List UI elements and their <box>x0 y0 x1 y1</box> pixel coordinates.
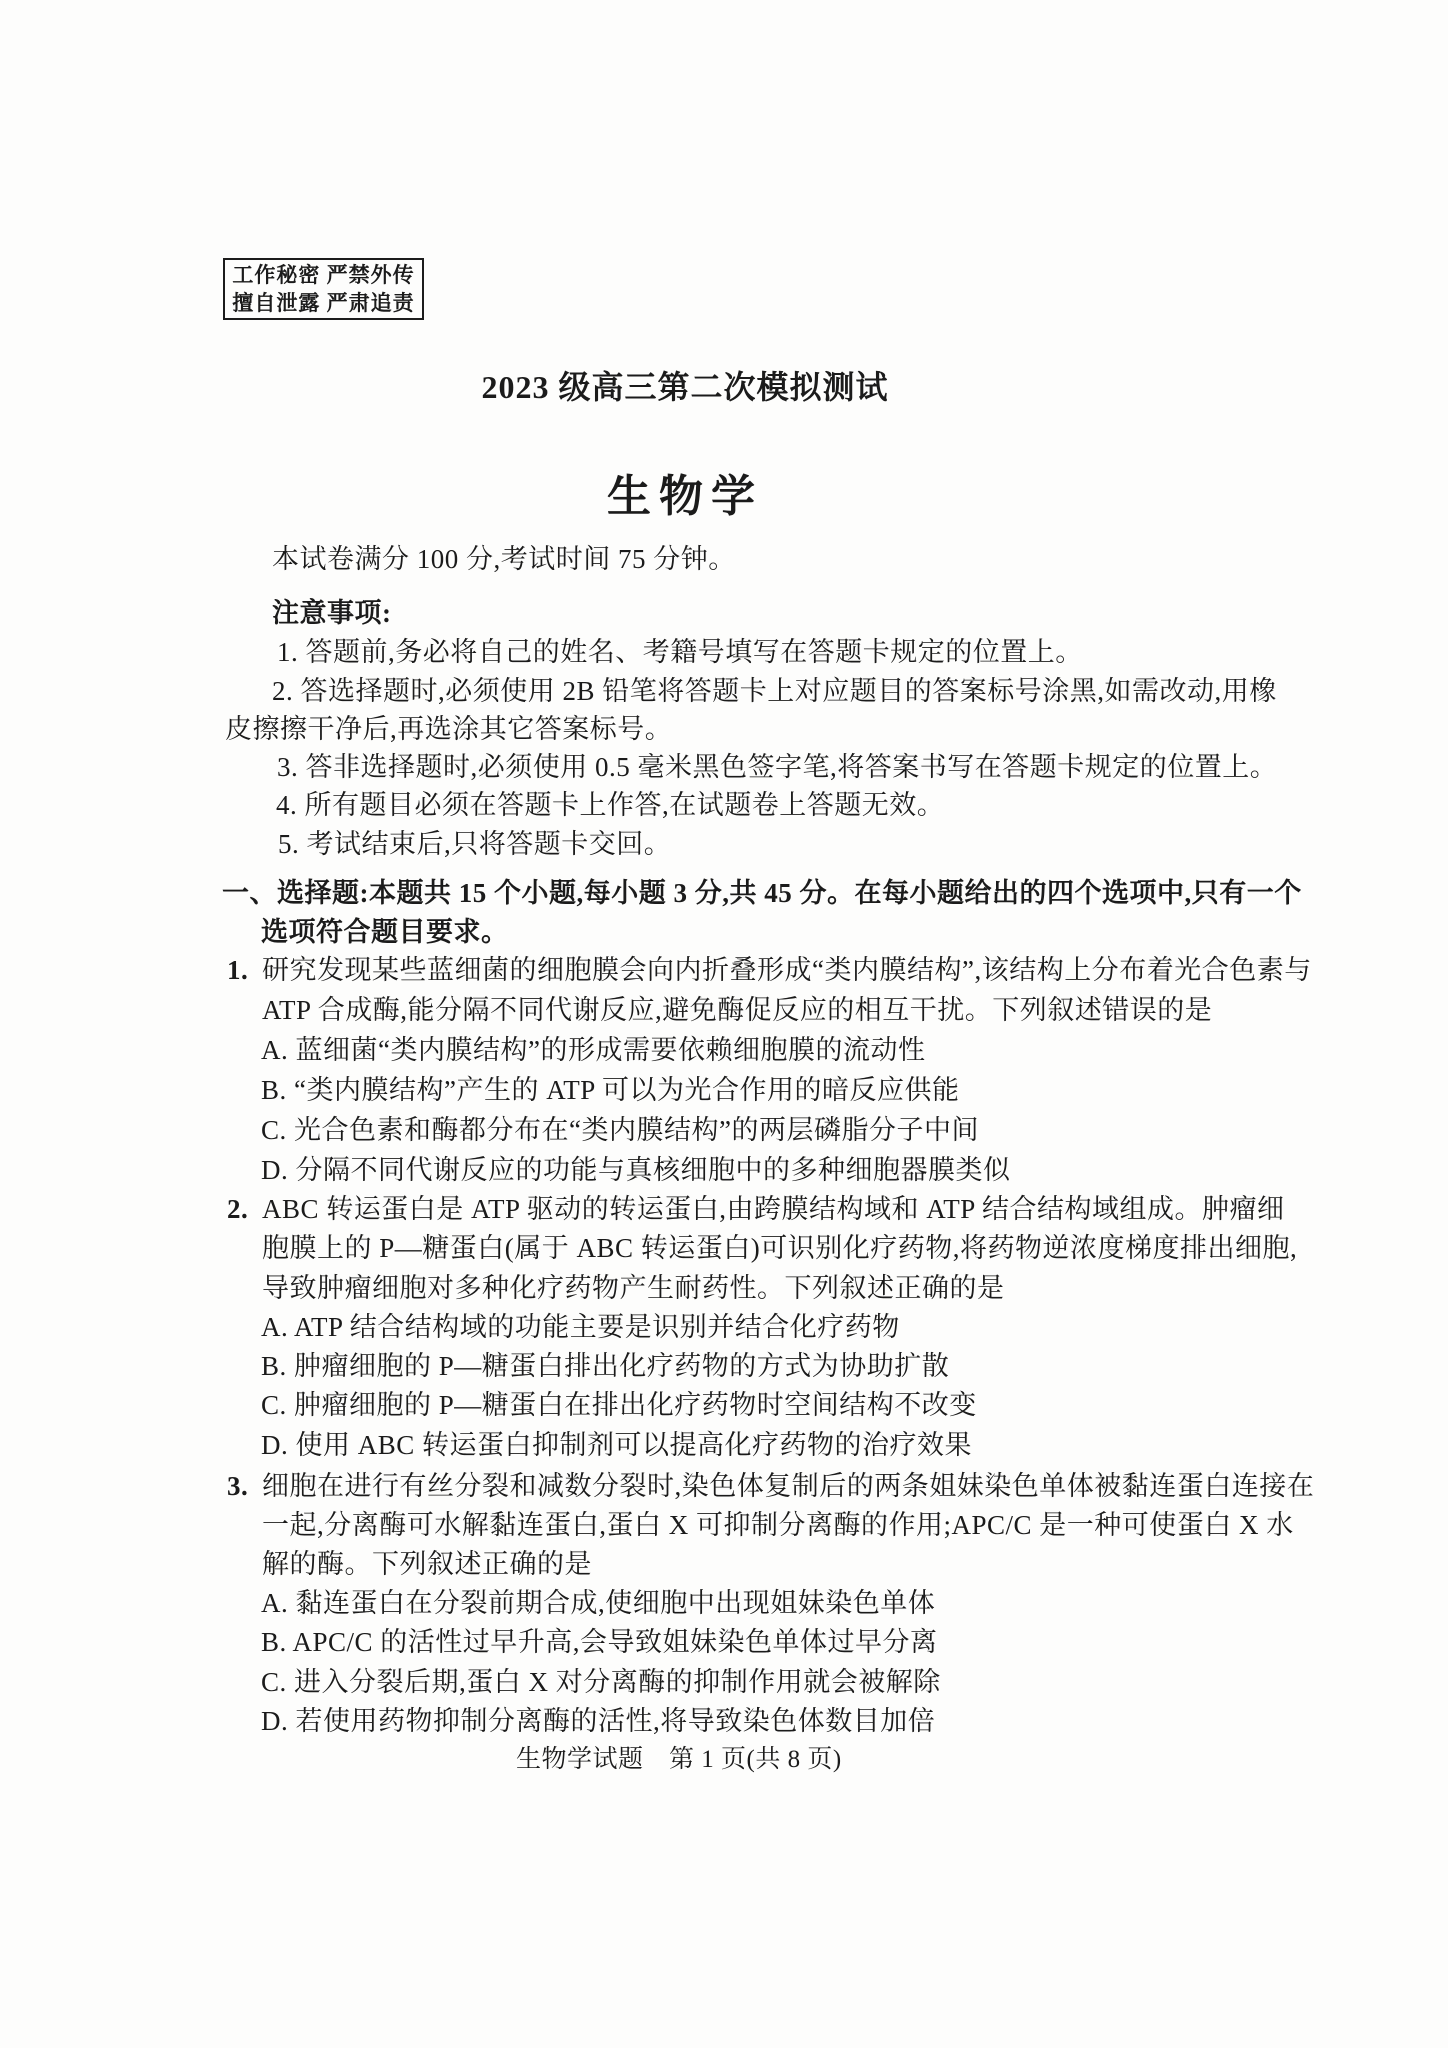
subject-title: 生物学 <box>0 460 1370 524</box>
question-2-option-b: B. 肿瘤细胞的 P—糖蛋白排出化疗药物的方式为协助扩散 <box>261 1353 949 1380</box>
question-3-stem-line-3: 解的酶。下列叙述正确的是 <box>262 1551 592 1578</box>
question-3-option-d: D. 若使用药物抑制分离酶的活性,将导致染色体数目加倍 <box>261 1708 935 1735</box>
stamp-line-1: 工作秘密 严禁外传 <box>232 263 414 288</box>
question-3-stem-line-1: 3.细胞在进行有丝分裂和减数分裂时,染色体复制后的两条姐妹染色单体被黏连蛋白连接… <box>227 1473 1314 1500</box>
notice-line-5: 5. 考试结束后,只将答题卡交回。 <box>278 831 671 858</box>
question-1-option-d: D. 分隔不同代谢反应的功能与真核细胞中的多种细胞器膜类似 <box>261 1157 1011 1184</box>
section-heading-line-1: 一、选择题:本题共 15 个小题,每小题 3 分,共 45 分。在每小题给出的四… <box>222 880 1302 907</box>
question-2-stem-line-3: 导致肿瘤细胞对多种化疗药物产生耐药性。下列叙述正确的是 <box>262 1275 1005 1302</box>
question-3-option-b: B. APC/C 的活性过早升高,会导致姐妹染色单体过早分离 <box>261 1629 938 1656</box>
confidentiality-stamp: 工作秘密 严禁外传 擅自泄露 严肃追责 <box>223 258 424 320</box>
question-2-number: 2. <box>227 1196 262 1223</box>
question-1-option-c: C. 光合色素和酶都分布在“类内膜结构”的两层磷脂分子中间 <box>261 1117 979 1144</box>
question-1-number: 1. <box>227 957 262 984</box>
question-1-stem-text: 研究发现某些蓝细菌的细胞膜会向内折叠形成“类内膜结构”,该结构上分布着光合色素与 <box>262 955 1312 985</box>
question-2-stem-line-2: 胞膜上的 P—糖蛋白(属于 ABC 转运蛋白)可识别化疗药物,将药物逆浓度梯度排… <box>262 1235 1297 1262</box>
question-1-option-a: A. 蓝细菌“类内膜结构”的形成需要依赖细胞膜的流动性 <box>261 1037 925 1064</box>
question-2-option-a: A. ATP 结合结构域的功能主要是识别并结合化疗药物 <box>261 1314 900 1341</box>
question-3-stem-text: 细胞在进行有丝分裂和减数分裂时,染色体复制后的两条姐妹染色单体被黏连蛋白连接在 <box>262 1471 1314 1501</box>
exam-title: 2023 级高三第二次模拟测试 <box>0 362 1370 408</box>
question-3-option-a: A. 黏连蛋白在分裂前期合成,使细胞中出现姐妹染色单体 <box>261 1590 935 1617</box>
notice-line-4: 4. 所有题目必须在答题卡上作答,在试题卷上答题无效。 <box>276 792 944 819</box>
exam-paper-page: 工作秘密 严禁外传 擅自泄露 严肃追责 2023 级高三第二次模拟测试 生物学 … <box>0 0 1448 2048</box>
question-2-option-c: C. 肿瘤细胞的 P—糖蛋白在排出化疗药物时空间结构不改变 <box>261 1392 977 1419</box>
page-footer: 生物学试题 第 1 页(共 8 页) <box>516 1746 842 1773</box>
section-heading-line-2: 选项符合题目要求。 <box>261 919 509 946</box>
question-3-option-c: C. 进入分裂后期,蛋白 X 对分离酶的抑制作用就会被解除 <box>261 1669 941 1696</box>
question-2-stem-text: ABC 转运蛋白是 ATP 驱动的转运蛋白,由跨膜结构域和 ATP 结合结构域组… <box>262 1194 1285 1224</box>
question-3-stem-line-2: 一起,分离酶可水解黏连蛋白,蛋白 X 可抑制分离酶的作用;APC/C 是一种可使… <box>262 1512 1294 1539</box>
notice-heading: 注意事项: <box>272 600 392 627</box>
stamp-line-2: 擅自泄露 严肃追责 <box>232 291 414 316</box>
notice-line-1: 1. 答题前,务必将自己的姓名、考籍号填写在答题卡规定的位置上。 <box>277 639 1083 666</box>
notice-line-3: 3. 答非选择题时,必须使用 0.5 毫米黑色签字笔,将答案书写在答题卡规定的位… <box>277 754 1277 781</box>
exam-info: 本试卷满分 100 分,考试时间 75 分钟。 <box>272 546 736 573</box>
question-1-option-b: B. “类内膜结构”产生的 ATP 可以为光合作用的暗反应供能 <box>261 1077 960 1104</box>
question-1-stem-line-2: ATP 合成酶,能分隔不同代谢反应,避免酶促反应的相互干扰。下列叙述错误的是 <box>262 997 1212 1024</box>
question-2-option-d: D. 使用 ABC 转运蛋白抑制剂可以提高化疗药物的治疗效果 <box>261 1432 972 1459</box>
question-3-number: 3. <box>227 1473 262 1500</box>
notice-line-2-wrap: 皮擦擦干净后,再选涂其它答案标号。 <box>225 716 672 743</box>
notice-line-2: 2. 答选择题时,必须使用 2B 铅笔将答题卡上对应题目的答案标号涂黑,如需改动… <box>272 678 1277 705</box>
question-2-stem-line-1: 2.ABC 转运蛋白是 ATP 驱动的转运蛋白,由跨膜结构域和 ATP 结合结构… <box>227 1196 1285 1223</box>
question-1-stem-line-1: 1.研究发现某些蓝细菌的细胞膜会向内折叠形成“类内膜结构”,该结构上分布着光合色… <box>227 957 1312 984</box>
